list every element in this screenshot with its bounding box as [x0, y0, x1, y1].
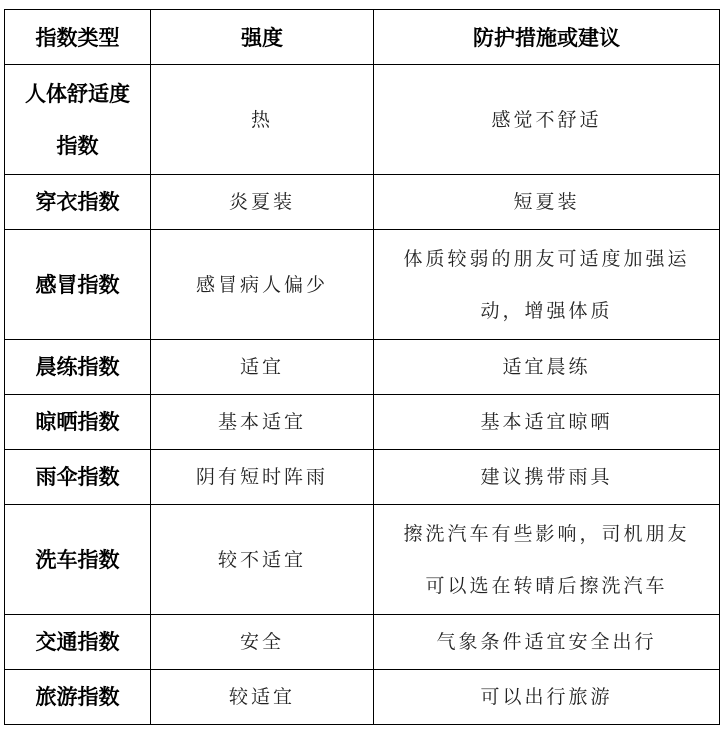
intensity-cell: 基本适宜: [151, 395, 374, 450]
intensity-cell: 炎夏装: [151, 175, 374, 230]
table-row: 穿衣指数 炎夏装 短夏装: [5, 175, 720, 230]
header-intensity: 强度: [151, 10, 374, 65]
advice-cell: 体质较弱的朋友可适度加强运 动，增强体质: [374, 230, 720, 340]
advice-cell: 气象条件适宜安全出行: [374, 615, 720, 670]
table-row: 旅游指数 较适宜 可以出行旅游: [5, 670, 720, 725]
intensity-cell: 适宜: [151, 340, 374, 395]
index-type-cell: 雨伞指数: [5, 450, 151, 505]
advice-line: 可以选在转晴后擦洗汽车: [380, 560, 713, 612]
advice-cell: 可以出行旅游: [374, 670, 720, 725]
table-row: 雨伞指数 阴有短时阵雨 建议携带雨具: [5, 450, 720, 505]
table-header-row: 指数类型 强度 防护措施或建议: [5, 10, 720, 65]
advice-line: 擦洗汽车有些影响，司机朋友: [380, 508, 713, 560]
index-type-line: 人体舒适度: [11, 68, 144, 120]
index-type-cell: 晨练指数: [5, 340, 151, 395]
index-type-line: 指数: [11, 120, 144, 172]
index-type-cell: 晾晒指数: [5, 395, 151, 450]
index-type-cell: 感冒指数: [5, 230, 151, 340]
intensity-cell: 热: [151, 65, 374, 175]
intensity-cell: 阴有短时阵雨: [151, 450, 374, 505]
header-index-type: 指数类型: [5, 10, 151, 65]
weather-index-table: 指数类型 强度 防护措施或建议 人体舒适度 指数 热 感觉不舒适 穿衣指数 炎夏…: [4, 9, 720, 725]
table-row: 晨练指数 适宜 适宜晨练: [5, 340, 720, 395]
intensity-cell: 较适宜: [151, 670, 374, 725]
intensity-cell: 安全: [151, 615, 374, 670]
index-type-cell: 交通指数: [5, 615, 151, 670]
index-type-cell: 人体舒适度 指数: [5, 65, 151, 175]
advice-cell: 建议携带雨具: [374, 450, 720, 505]
advice-cell: 短夏装: [374, 175, 720, 230]
advice-cell: 适宜晨练: [374, 340, 720, 395]
table-row: 人体舒适度 指数 热 感觉不舒适: [5, 65, 720, 175]
advice-line: 动，增强体质: [380, 285, 713, 337]
index-type-cell: 穿衣指数: [5, 175, 151, 230]
advice-cell: 感觉不舒适: [374, 65, 720, 175]
table-row: 洗车指数 较不适宜 擦洗汽车有些影响，司机朋友 可以选在转晴后擦洗汽车: [5, 505, 720, 615]
header-advice: 防护措施或建议: [374, 10, 720, 65]
advice-cell: 基本适宜晾晒: [374, 395, 720, 450]
intensity-cell: 较不适宜: [151, 505, 374, 615]
table-row: 感冒指数 感冒病人偏少 体质较弱的朋友可适度加强运 动，增强体质: [5, 230, 720, 340]
advice-cell: 擦洗汽车有些影响，司机朋友 可以选在转晴后擦洗汽车: [374, 505, 720, 615]
index-type-cell: 洗车指数: [5, 505, 151, 615]
table-row: 晾晒指数 基本适宜 基本适宜晾晒: [5, 395, 720, 450]
index-type-cell: 旅游指数: [5, 670, 151, 725]
intensity-cell: 感冒病人偏少: [151, 230, 374, 340]
table-row: 交通指数 安全 气象条件适宜安全出行: [5, 615, 720, 670]
advice-line: 体质较弱的朋友可适度加强运: [380, 233, 713, 285]
